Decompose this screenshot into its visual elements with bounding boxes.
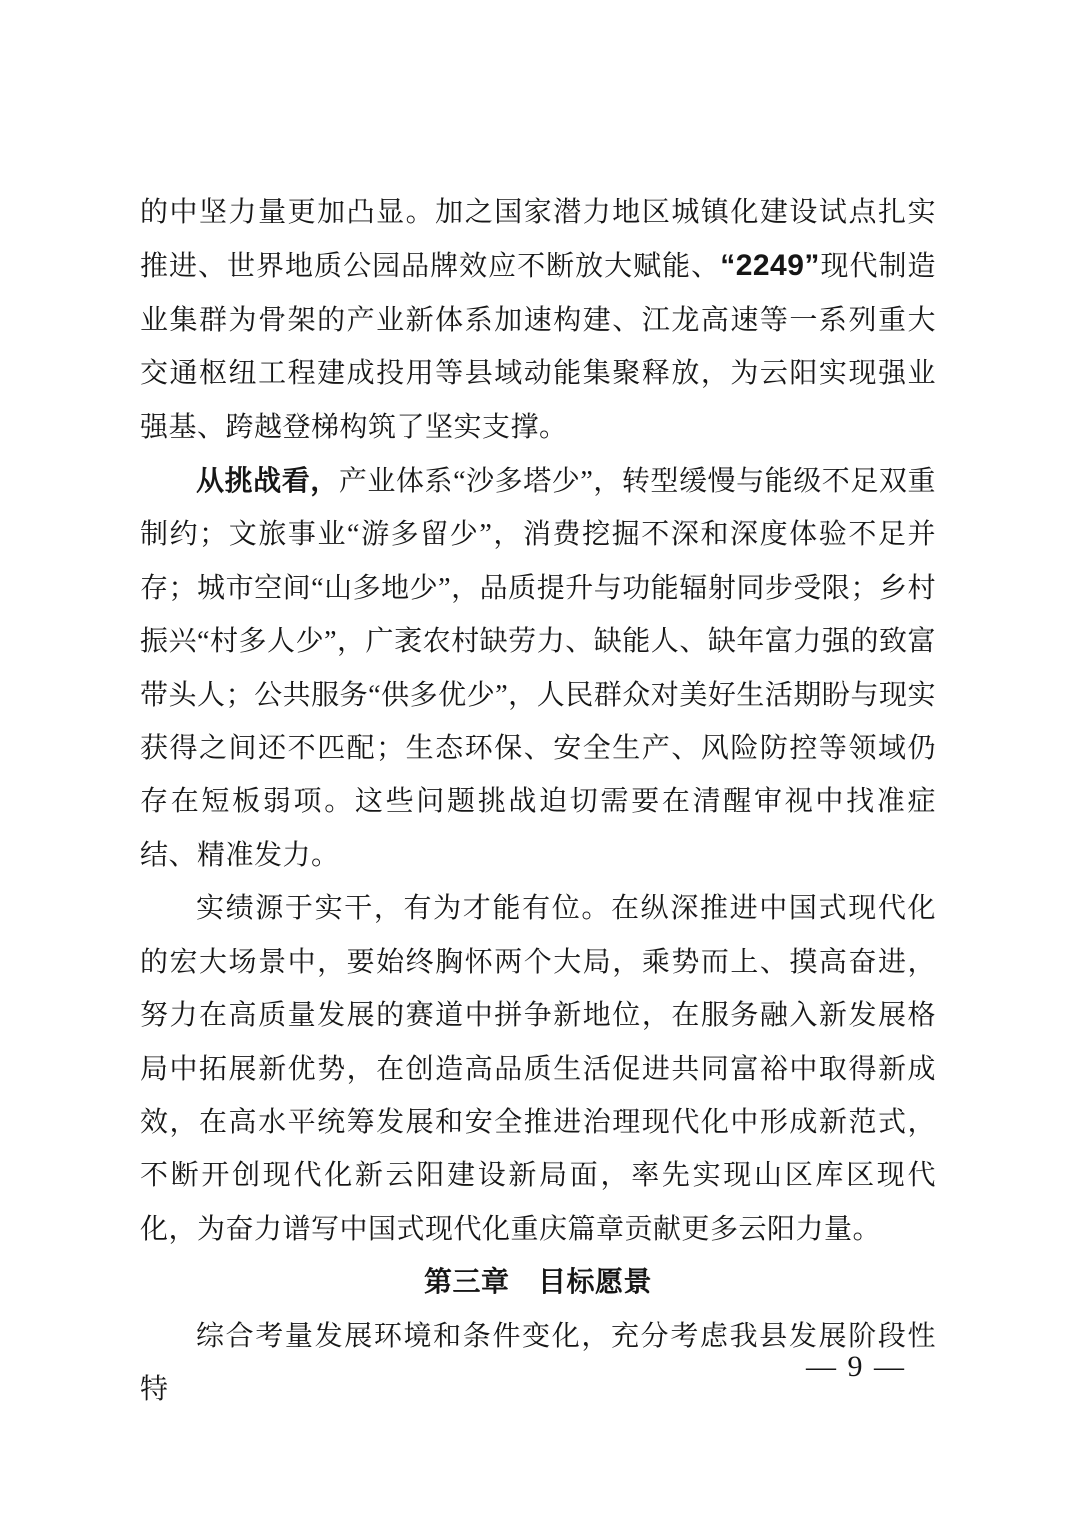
quoted-number-2249: “2249” <box>720 249 820 282</box>
document-page: 的中坚力量更加凸显。加之国家潜力地区城镇化建设试点扎实推进、世界地质公园品牌效应… <box>0 0 1074 1520</box>
paragraph-continuation: 的中坚力量更加凸显。加之国家潜力地区城镇化建设试点扎实推进、世界地质公园品牌效应… <box>140 186 936 454</box>
document-body: 的中坚力量更加凸显。加之国家潜力地区城镇化建设试点扎实推进、世界地质公园品牌效应… <box>140 186 936 1416</box>
paragraph-challenges: 从挑战看，产业体系“沙多塔少”，转型缓慢与能级不足双重制约；文旅事业“游多留少”… <box>140 454 936 882</box>
chapter-heading: 第三章 目标愿景 <box>140 1256 936 1309</box>
paragraph-text: 产业体系“沙多塔少”，转型缓慢与能级不足双重制约；文旅事业“游多留少”，消费挖掘… <box>140 466 936 871</box>
paragraph-lead-bold: 从挑战看， <box>196 465 339 496</box>
page-number: — 9 — <box>806 1350 906 1384</box>
paragraph-outlook: 实绩源于实干，有为才能有位。在纵深推进中国式现代化的宏大场景中，要始终胸怀两个大… <box>140 882 936 1256</box>
